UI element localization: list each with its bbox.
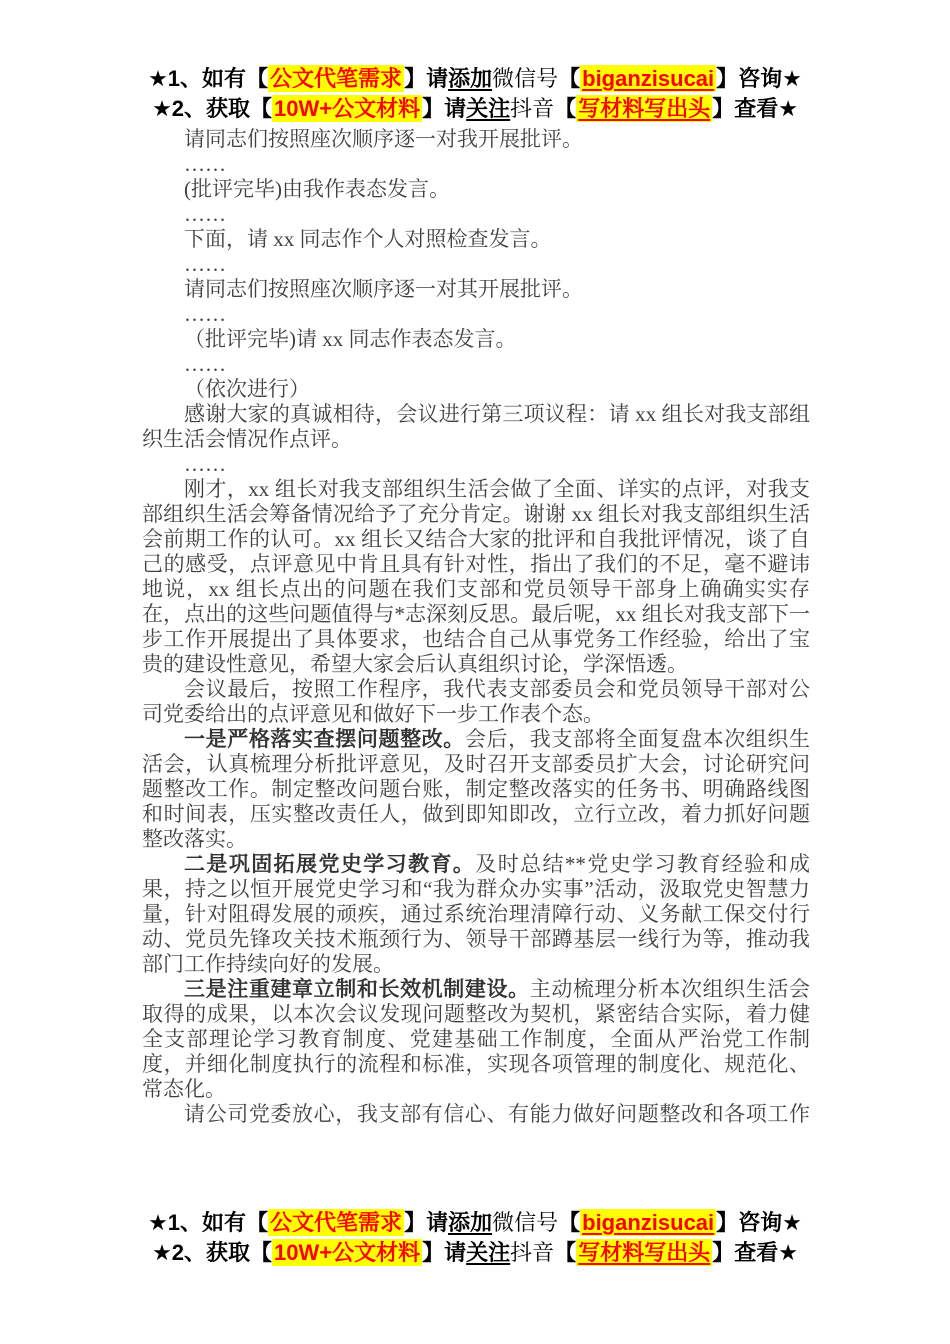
promo-line-1: ★1、如有【公文代笔需求】请添加微信号【biganzisucai】咨询★: [0, 1208, 950, 1238]
promo-banner-bottom: ★1、如有【公文代笔需求】请添加微信号【biganzisucai】咨询★ ★2、…: [0, 1208, 950, 1268]
promo-bracket: 【: [554, 1240, 576, 1265]
ellipsis-line: ……: [142, 302, 810, 327]
promo-prefix: ★1、如有【: [148, 66, 268, 91]
paragraph: 请同志们按照座次顺序逐一对我开展批评。: [142, 127, 810, 152]
promo-suffix: 】咨询★: [716, 1210, 802, 1235]
paragraph-lead: 二是巩固拓展党史学习教育。: [184, 852, 475, 876]
ellipsis-line: ……: [142, 152, 810, 177]
paragraph: （批评完毕)请 xx 同志作表态发言。: [142, 327, 810, 352]
promo-account-highlight: biganzisucai: [580, 1209, 716, 1236]
promo-platform: 微信号: [492, 1210, 558, 1235]
promo-line-2: ★2、获取【10W+公文材料】请关注抖音【写材料写出头】查看★: [0, 94, 950, 124]
paragraph: 感谢大家的真诚相待，会议进行第三项议程：请 xx 组长对我支部组织生活会情况作点…: [142, 402, 810, 452]
document-page: ★1、如有【公文代笔需求】请添加微信号【biganzisucai】咨询★ ★2、…: [0, 0, 950, 1344]
promo-action-underline: 关注: [466, 1240, 510, 1265]
promo-action-underline: 添加: [448, 1210, 492, 1235]
paragraph-lead: 一是严格落实查摆问题整改。: [184, 727, 465, 751]
promo-need-highlight: 公文代笔需求: [268, 65, 404, 92]
promo-prefix: ★2、获取【: [152, 1240, 272, 1265]
promo-need-highlight: 10W+公文材料: [272, 1239, 422, 1266]
paragraph: 会议最后，按照工作程序，我代表支部委员会和党员领导干部对公司党委给出的点评意见和…: [142, 677, 810, 727]
paragraph: 二是巩固拓展党史学习教育。及时总结**党史学习教育经验和成果，持之以恒开展党史学…: [142, 852, 810, 977]
promo-mid: 】请: [404, 66, 448, 91]
paragraph-lead: 三是注重建章立制和长效机制建设。: [184, 977, 530, 1001]
promo-prefix: ★2、获取【: [152, 96, 272, 121]
promo-banner-top: ★1、如有【公文代笔需求】请添加微信号【biganzisucai】咨询★ ★2、…: [0, 64, 950, 124]
paragraph: 请同志们按照座次顺序逐一对其开展批评。: [142, 277, 810, 302]
ellipsis-line: ……: [142, 452, 810, 477]
paragraph: 一是严格落实查摆问题整改。会后，我支部将全面复盘本次组织生活会，认真梳理分析批评…: [142, 727, 810, 852]
promo-mid: 】请: [404, 1210, 448, 1235]
paragraph: 三是注重建章立制和长效机制建设。主动梳理分析本次组织生活会取得的成果，以本次会议…: [142, 977, 810, 1102]
paragraph: (批评完毕)由我作表态发言。: [142, 177, 810, 202]
paragraph: 请公司党委放心，我支部有信心、有能力做好问题整改和各项工作提升。会议最后，让我们…: [142, 1102, 810, 1127]
promo-platform: 抖音: [510, 96, 554, 121]
ellipsis-line: ……: [142, 252, 810, 277]
promo-mid: 】请: [422, 1240, 466, 1265]
document-text: 请同志们按照座次顺序逐一对我开展批评。 …… (批评完毕)由我作表态发言。 ………: [142, 127, 810, 1127]
promo-account-highlight: biganzisucai: [580, 65, 716, 92]
promo-prefix: ★1、如有【: [148, 1210, 268, 1235]
promo-bracket: 【: [558, 1210, 580, 1235]
promo-line-2: ★2、获取【10W+公文材料】请关注抖音【写材料写出头】查看★: [0, 1238, 950, 1268]
ellipsis-line: ……: [142, 202, 810, 227]
paragraph: 下面，请 xx 同志作个人对照检查发言。: [142, 227, 810, 252]
promo-need-highlight: 10W+公文材料: [272, 95, 422, 122]
promo-account-highlight: 写材料写出头: [576, 95, 712, 122]
promo-mid: 】请: [422, 96, 466, 121]
promo-platform: 微信号: [492, 66, 558, 91]
promo-line-1: ★1、如有【公文代笔需求】请添加微信号【biganzisucai】咨询★: [0, 64, 950, 94]
promo-bracket: 【: [558, 66, 580, 91]
promo-action-underline: 关注: [466, 96, 510, 121]
paragraph: （依次进行）: [142, 377, 810, 402]
promo-action-underline: 添加: [448, 66, 492, 91]
promo-suffix: 】查看★: [712, 96, 798, 121]
promo-account-highlight: 写材料写出头: [576, 1239, 712, 1266]
promo-need-highlight: 公文代笔需求: [268, 1209, 404, 1236]
promo-platform: 抖音: [510, 1240, 554, 1265]
paragraph: 刚才，xx 组长对我支部组织生活会做了全面、详实的点评，对我支部组织生活会筹备情…: [142, 477, 810, 677]
promo-suffix: 】查看★: [712, 1240, 798, 1265]
ellipsis-line: ……: [142, 352, 810, 377]
promo-suffix: 】咨询★: [716, 66, 802, 91]
promo-bracket: 【: [554, 96, 576, 121]
